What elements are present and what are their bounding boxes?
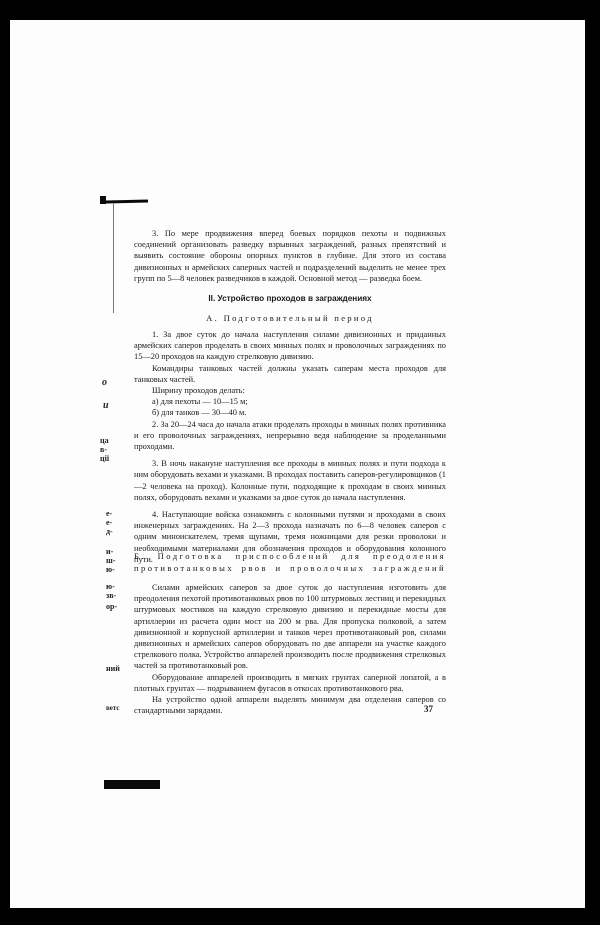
list-item: а) для пехоты — 10—15 м; (134, 396, 446, 407)
margin-fragment: ветс (106, 703, 120, 713)
page-number: 37 (424, 704, 433, 714)
margin-fragment: ор- (106, 602, 117, 612)
list-item: б) для танков — 30—40 м. (134, 407, 446, 418)
subsection-b-title-line-2: противотанковых рвов и проволочных загра… (134, 562, 446, 574)
margin-fragment: д- (106, 527, 113, 537)
ink-blot-bottom (104, 780, 160, 789)
paragraph: 1. За двое суток до начала наступления с… (134, 329, 446, 363)
paragraph: На устройство одной аппарели выделять ми… (134, 694, 446, 716)
binding-line (113, 203, 114, 313)
paragraph: 2. За 20—24 часа до начала атаки продела… (134, 419, 446, 453)
subsection-a-body: 1. За двое суток до начала наступления с… (134, 329, 446, 565)
margin-fragment: ції (100, 454, 109, 464)
paragraph: Оборудование аппарелей производить в мяг… (134, 672, 446, 694)
margin-fragment: зв- (106, 591, 116, 601)
paragraph: Командиры танковых частей должны указать… (134, 363, 446, 385)
intro-paragraph-block: 3. По мере продвижения вперед боевых пор… (134, 228, 446, 284)
subsection-a-title: А. Подготовительный период (134, 313, 446, 323)
margin-fragment: ю- (106, 565, 115, 575)
section-heading: II. Устройство проходов в заграждениях (134, 294, 446, 303)
paragraph: Силами армейских саперов за двое суток д… (134, 582, 446, 672)
paragraph: 3. В ночь накануне наступления все прохо… (134, 458, 446, 503)
subsection-b-title: Б. Подготовка приспособлений для преодол… (134, 550, 446, 574)
margin-fragment: ний (106, 664, 120, 674)
margin-fragment: о (102, 378, 107, 388)
paragraph: 3. По мере продвижения вперед боевых пор… (134, 228, 446, 284)
margin-fragment: и (103, 401, 109, 411)
subsection-b-title-line-1: Б. Подготовка приспособлений для преодол… (134, 550, 446, 562)
paragraph: Ширину проходов делать: (134, 385, 446, 396)
subsection-b-body: Силами армейских саперов за двое суток д… (134, 582, 446, 716)
